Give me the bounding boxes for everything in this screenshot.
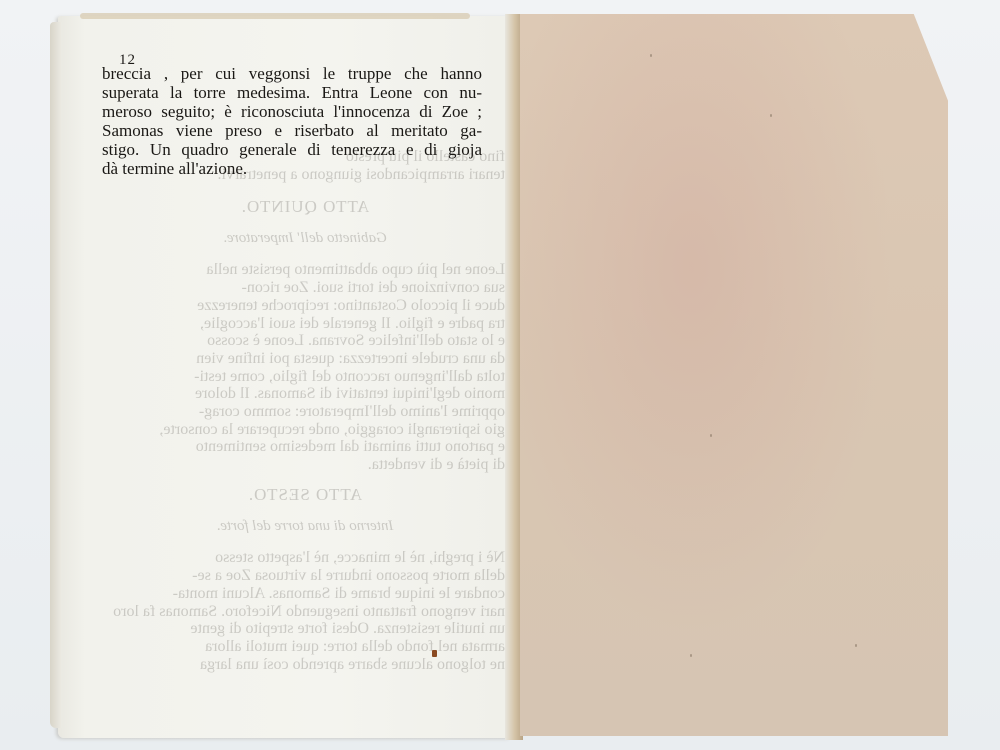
ghost-line: Nè i preghi, nè le minacce, nè l'aspetto… xyxy=(105,549,505,567)
text-line: dà termine all'azione. xyxy=(102,159,482,178)
ghost-line: e lo stato dell'infelice Sovrana. Leone … xyxy=(105,332,505,350)
ghost-subtitle-act5: Gabinetto dell' Imperatore. xyxy=(105,230,505,248)
ghost-line: nari vengono frattanto inseguendo Nicefo… xyxy=(105,603,505,621)
ghost-line: condare le inique brame di Samonas. Alcu… xyxy=(105,585,505,603)
ghost-line: un inutile resistenza. Odesi forte strep… xyxy=(105,620,505,638)
ghost-line: di pietà e di vendetta. xyxy=(105,456,505,474)
paper-speck xyxy=(650,54,652,57)
bleed-through-act5: ATTO QUINTO. Gabinetto dell' Imperatore.… xyxy=(105,198,505,474)
bleed-through-act6: ATTO SESTO. Interno di una torre del for… xyxy=(105,486,505,673)
ghost-line: tra padre e figlio. Il generale dei suoi… xyxy=(105,315,505,333)
text-line: meroso seguito; è riconosciuta l'innocen… xyxy=(102,102,482,121)
paper-speck xyxy=(770,114,772,117)
paper-speck xyxy=(690,654,692,657)
ghost-line: e partono tutti animati dal medesimo sen… xyxy=(105,438,505,456)
ghost-line: sua convinzione dei torti suoi. Zoe rico… xyxy=(105,279,505,297)
ghost-line: ne tolgono alcune sbarre aprendo così un… xyxy=(105,656,505,674)
ghost-heading-act6: ATTO SESTO. xyxy=(105,486,505,504)
ghost-subtitle-act6: Interno di una torre del forte. xyxy=(105,518,505,536)
text-line: superata la torre medesima. Entra Leone … xyxy=(102,83,482,102)
text-line: breccia , per cui veggonsi le truppe che… xyxy=(102,64,482,83)
ghost-line: da una crudele incertezza: questa poi in… xyxy=(105,350,505,368)
ink-stain xyxy=(432,650,437,657)
ghost-line: armata nel fondo della torre: quei mutol… xyxy=(105,638,505,656)
ghost-line: tolta dall'ingenuo racconto del figlio, … xyxy=(105,368,505,386)
page-body-text: breccia , per cui veggonsi le truppe che… xyxy=(102,64,482,178)
paper-speck xyxy=(710,434,712,437)
text-line: Samonas viene preso e riserbato al merit… xyxy=(102,121,482,140)
text-line: stigo. Un quadro generale di tenerezza e… xyxy=(102,140,482,159)
ghost-line: gio ispirerangli coraggio, onde recupera… xyxy=(105,421,505,439)
ghost-line: Leone nel più cupo abbattimento persiste… xyxy=(105,261,505,279)
ghost-heading-act5: ATTO QUINTO. xyxy=(105,198,505,216)
ghost-line: opprime l'animo dell'Imperatore: sommo c… xyxy=(105,403,505,421)
ghost-line: duce il piccolo Costantino: reciproche t… xyxy=(105,297,505,315)
ghost-line: della morte possono indurre la virtuosa … xyxy=(105,567,505,585)
paper-speck xyxy=(855,644,857,647)
ghost-line: monio degl'iniqui tentativi di Samonas. … xyxy=(105,385,505,403)
right-cover-page xyxy=(520,14,948,736)
